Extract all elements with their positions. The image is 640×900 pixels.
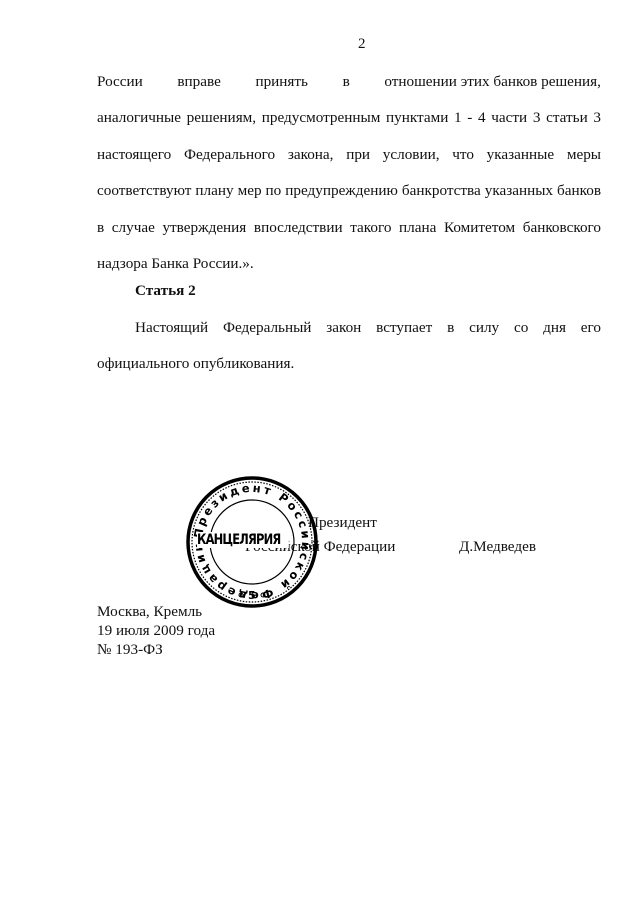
text-line-spread: России вправе принять в отношении этих б… [97,64,601,100]
law-number: № 193-ФЗ [97,640,215,659]
stamp-number: 5 [248,589,256,602]
word: принять [255,64,308,100]
place-date-block: Москва, Кремль 19 июля 2009 года № 193-Ф… [97,602,215,659]
place: Москва, Кремль [97,602,215,621]
text-line: Настоящий Федеральный закон вступает в с… [97,310,601,346]
text-line: соответствуют плану мер по предупреждени… [97,173,601,209]
text-line: России вправе принять в отношении этих б… [97,64,601,100]
article2-heading: Статья 2 [135,282,196,300]
article2-paragraph: Настоящий Федеральный закон вступает в с… [97,310,601,383]
text-line: надзора Банка России.». [97,246,601,282]
word-group: отношении этих банков решения, [384,64,601,100]
signature-name: Д.Медведев [459,538,536,556]
stamp-center-text: КАНЦЕЛЯРИЯ [197,532,289,548]
date: 19 июля 2009 года [97,621,215,640]
word: вправе [177,64,220,100]
text-line: в случае утверждения впоследствии такого… [97,210,601,246]
word: России [97,64,143,100]
official-stamp: Президент Российской Федерации 5 КАНЦЕЛЯ… [185,475,319,609]
word: в [343,64,350,100]
text-line: официального опубликования. [97,346,601,382]
text-line: настоящего Федерального закона, при усло… [97,137,601,173]
article1-continuation-paragraph: России вправе принять в отношении этих б… [97,64,601,282]
text-line: аналогичные решениям, предусмотренным пу… [97,100,601,136]
page-number: 2 [358,36,366,53]
